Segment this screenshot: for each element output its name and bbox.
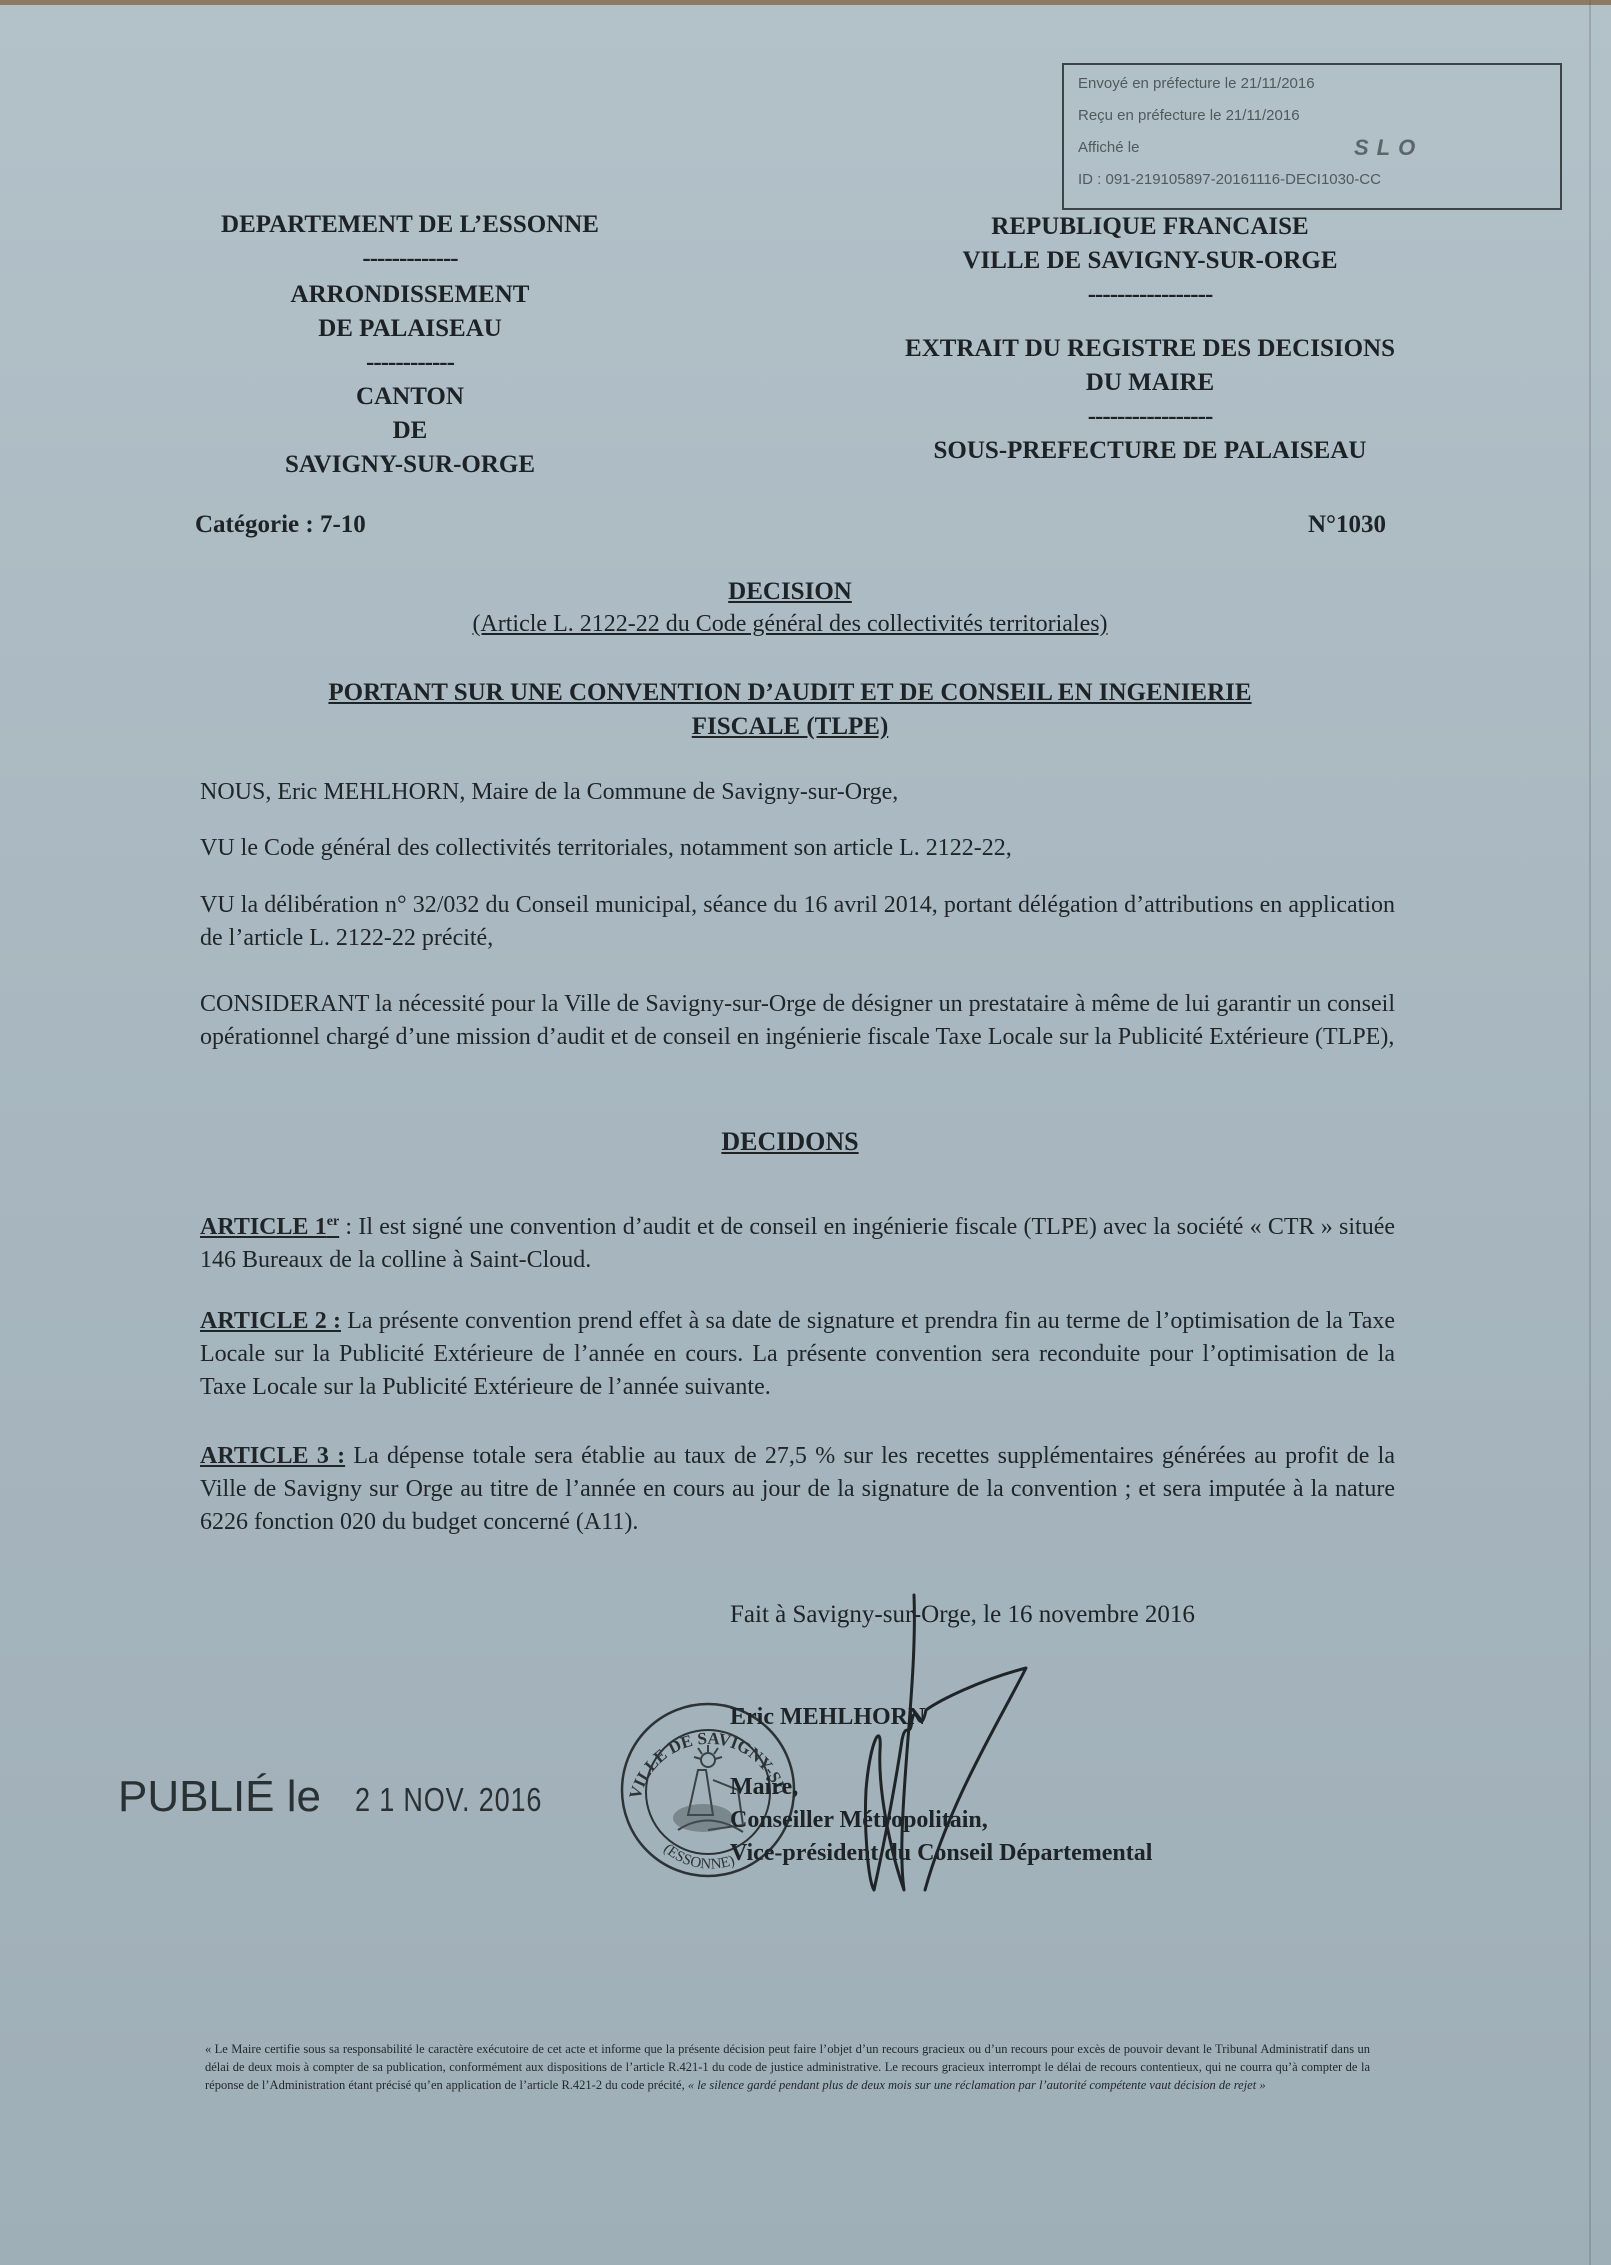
prefecture-initials: SLO xyxy=(1354,135,1423,161)
header-left-administrative: DEPARTEMENT DE L’ESSONNE ------------- A… xyxy=(160,208,660,482)
article-3-text: La dépense totale sera établie au taux d… xyxy=(200,1443,1395,1535)
article-2-label: ARTICLE 2 : xyxy=(200,1308,341,1334)
article-2-text: La présente convention prend effet à sa … xyxy=(200,1308,1395,1400)
preamble-vu-deliberation: VU la délibération n° 32/032 du Conseil … xyxy=(200,889,1395,955)
republic-label: REPUBLIQUE FRANCAISE xyxy=(860,210,1440,244)
prefecture-stamp-box: Envoyé en préfecture le 21/11/2016 Reçu … xyxy=(1062,63,1562,210)
prefecture-received-date: Reçu en préfecture le 21/11/2016 xyxy=(1078,107,1300,124)
header-right-administrative: REPUBLIQUE FRANCAISE VILLE DE SAVIGNY-SU… xyxy=(860,210,1440,468)
article-1-label: ARTICLE 1er xyxy=(200,1214,339,1240)
decision-number: N°1030 xyxy=(1308,511,1386,539)
scanned-page: Envoyé en préfecture le 21/11/2016 Reçu … xyxy=(0,0,1611,2265)
prefecture-sent-date: Envoyé en préfecture le 21/11/2016 xyxy=(1078,75,1315,92)
separator: ----------------- xyxy=(860,400,1440,434)
object-title-line-2: FISCALE (TLPE) xyxy=(200,710,1380,744)
prefecture-posted-label: Affiché le xyxy=(1078,139,1139,156)
article-2: ARTICLE 2 : La présente convention prend… xyxy=(200,1305,1395,1404)
department-name: DEPARTEMENT DE L’ESSONNE xyxy=(160,208,660,242)
category-label: Catégorie : 7-10 xyxy=(195,511,366,539)
page-top-edge xyxy=(0,0,1611,5)
legal-recourse-note: « Le Maire certifie sous sa responsabili… xyxy=(205,2040,1370,2094)
separator: ----------------- xyxy=(860,278,1440,312)
published-stamp: PUBLIÉ le 2 1 NOV. 2016 xyxy=(118,1772,584,1822)
object-title-line-1: PORTANT SUR UNE CONVENTION D’AUDIT ET DE… xyxy=(200,676,1380,710)
arrondissement-line-2: DE PALAISEAU xyxy=(160,312,660,346)
preamble-nous: NOUS, Eric MEHLHORN, Maire de la Commune… xyxy=(200,776,1395,809)
decision-object-title: PORTANT SUR UNE CONVENTION D’AUDIT ET DE… xyxy=(200,676,1380,744)
canton-line-2: DE xyxy=(160,414,660,448)
arrondissement-line-1: ARRONDISSEMENT xyxy=(160,278,660,312)
canton-line-1: CANTON xyxy=(160,380,660,414)
legal-note-italic: « le silence gardé pendant plus de deux … xyxy=(688,2078,1266,2092)
decision-heading: DECISION xyxy=(200,578,1380,606)
preamble-considerant: CONSIDERANT la nécessité pour la Ville d… xyxy=(200,988,1395,1054)
article-1: ARTICLE 1er : Il est signé une conventio… xyxy=(200,1205,1395,1277)
sub-prefecture-name: SOUS-PREFECTURE DE PALAISEAU xyxy=(860,434,1440,468)
separator: ------------- xyxy=(160,242,660,276)
handwritten-signature-icon xyxy=(830,1590,1030,1900)
article-3: ARTICLE 3 : La dépense totale sera établ… xyxy=(200,1440,1395,1539)
article-3-label: ARTICLE 3 : xyxy=(200,1443,345,1469)
legal-basis: (Article L. 2122-22 du Code général des … xyxy=(200,611,1380,638)
article-1-text: Il est signé une convention d’audit et d… xyxy=(200,1214,1395,1273)
register-line-2: DU MAIRE xyxy=(860,366,1440,400)
decidons-heading: DECIDONS xyxy=(200,1127,1380,1157)
city-name: VILLE DE SAVIGNY-SUR-ORGE xyxy=(860,244,1440,278)
canton-line-3: SAVIGNY-SUR-ORGE xyxy=(160,448,660,482)
published-label: PUBLIÉ le xyxy=(118,1772,321,1821)
separator: ------------ xyxy=(160,346,660,380)
register-line-1: EXTRAIT DU REGISTRE DES DECISIONS xyxy=(860,332,1440,366)
published-date: 2 1 NOV. 2016 xyxy=(355,1781,542,1819)
preamble-vu-code: VU le Code général des collectivités ter… xyxy=(200,832,1395,865)
prefecture-act-id: ID : 091-219105897-20161116-DECI1030-CC xyxy=(1078,171,1381,188)
